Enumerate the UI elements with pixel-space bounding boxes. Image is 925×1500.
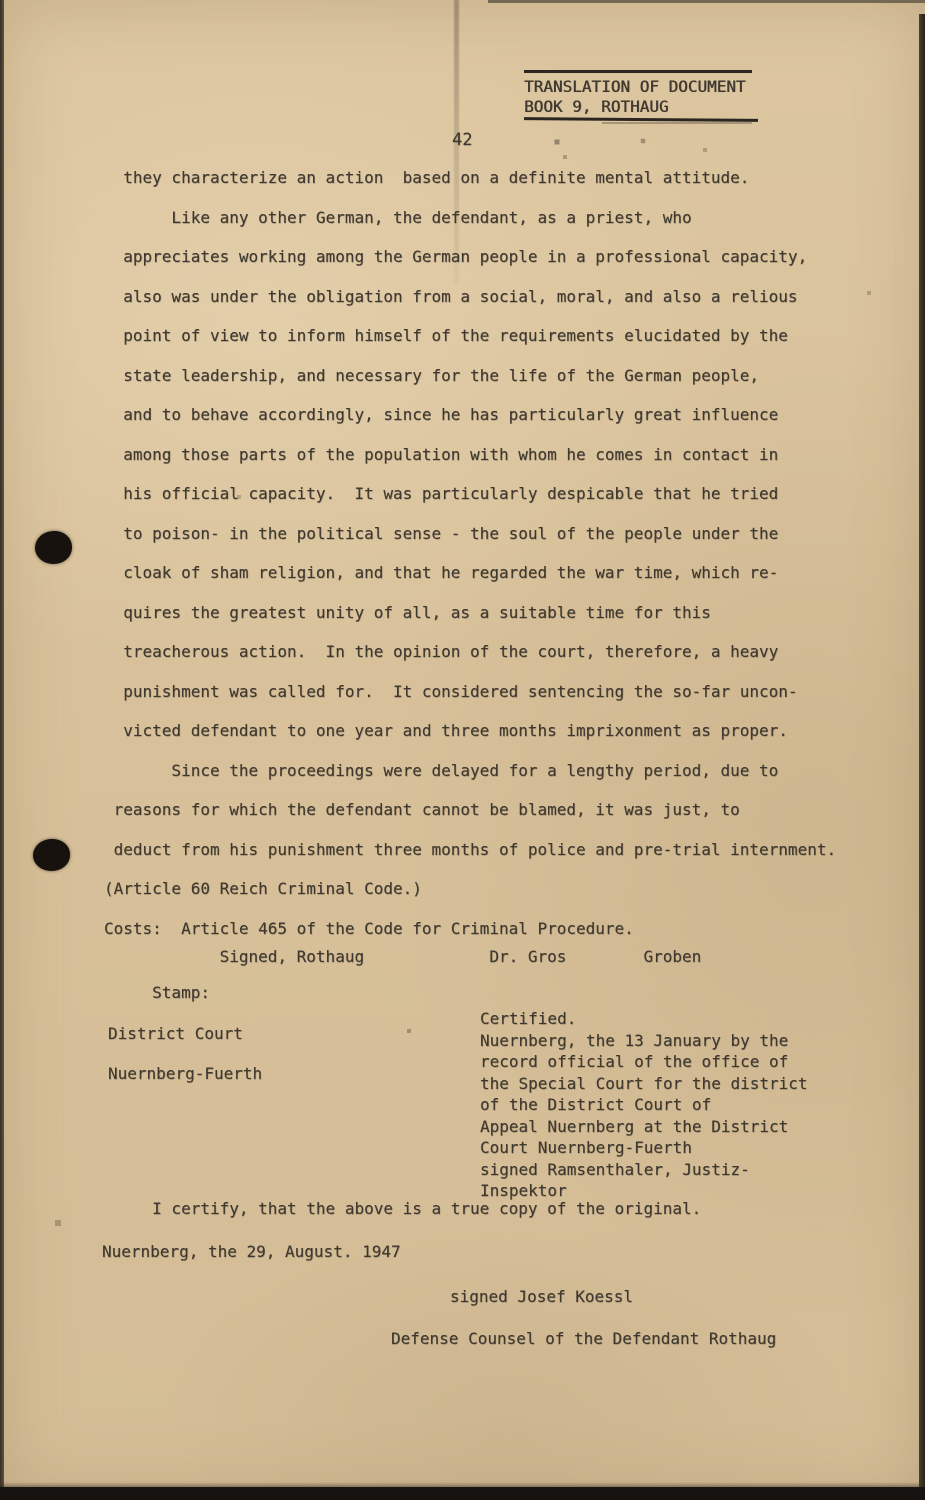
- toner-specks: [0, 0, 2, 2]
- signed-by-line: signed Josef Koessl: [450, 1284, 633, 1310]
- typed-line: Costs: Article 465 of the Code for Crimi…: [104, 909, 894, 949]
- header-rule-ghost: [602, 122, 752, 124]
- certification-line: of the District Court of: [480, 1094, 808, 1116]
- typed-line: (Article 60 Reich Criminal Code.): [104, 869, 894, 909]
- typed-line: they characterize an action based on a d…: [104, 158, 894, 198]
- header-line-1: TRANSLATION OF DOCUMENT: [524, 77, 760, 97]
- scan-edge-top: [488, 0, 925, 3]
- typed-line: cloak of sham religion, and that he rega…: [104, 553, 894, 593]
- stamp-court-block: District Court Nuernberg-Fuerth: [108, 1014, 262, 1094]
- typed-line: victed defendant to one year and three m…: [104, 711, 894, 751]
- certification-block: Certified. Nuernberg, the 13 January by …: [480, 1008, 808, 1202]
- typed-line: punishment was called for. It considered…: [104, 672, 894, 712]
- scanned-document-page: TRANSLATION OF DOCUMENT BOOK 9, ROTHAUG …: [0, 0, 925, 1500]
- certification-line: Certified.: [480, 1008, 808, 1030]
- scan-edge-bottom: [0, 1487, 925, 1500]
- header-line-2: BOOK 9, ROTHAUG: [524, 97, 760, 117]
- page-number: 42: [452, 130, 472, 150]
- typed-line: deduct from his punishment three months …: [104, 830, 894, 870]
- place-date-line: Nuernberg, the 29, August. 1947: [102, 1239, 401, 1265]
- typed-line: and to behave accordingly, since he has …: [104, 395, 894, 435]
- certification-line: the Special Court for the district: [480, 1073, 808, 1095]
- document-body: they characterize an action based on a d…: [104, 158, 894, 948]
- typed-line: also was under the obligation from a soc…: [104, 277, 894, 317]
- punch-hole-top: [35, 531, 72, 564]
- certification-line: Appeal Nuernberg at the District: [480, 1116, 808, 1138]
- stamp-court-line: Nuernberg-Fuerth: [108, 1054, 262, 1094]
- header-rule-top: [524, 70, 752, 73]
- typed-line: treacherous action. In the opinion of th…: [104, 632, 894, 672]
- typed-line: state leadership, and necessary for the …: [104, 356, 894, 396]
- certify-statement: I certify, that the above is a true copy…: [104, 1196, 701, 1222]
- typed-line: among those parts of the population with…: [104, 435, 894, 475]
- stamp-label: Stamp:: [104, 980, 210, 1006]
- typed-line: quires the greatest unity of all, as a s…: [104, 593, 894, 633]
- typed-line: point of view to inform himself of the r…: [104, 316, 894, 356]
- certification-line: record official of the office of: [480, 1051, 808, 1073]
- certification-line: Nuernberg, the 13 January by the: [480, 1030, 808, 1052]
- header-stamp: TRANSLATION OF DOCUMENT BOOK 9, ROTHAUG: [524, 70, 760, 121]
- signer-role-line: Defense Counsel of the Defendant Rothaug: [391, 1326, 776, 1352]
- typed-line: reasons for which the defendant cannot b…: [104, 790, 894, 830]
- typed-line: appreciates working among the German peo…: [104, 237, 894, 277]
- typed-line: Since the proceedings were delayed for a…: [104, 751, 894, 791]
- certification-line: Court Nuernberg-Fuerth: [480, 1137, 808, 1159]
- stamp-court-line: District Court: [108, 1014, 262, 1054]
- typed-line: Like any other German, the defendant, as…: [104, 198, 894, 238]
- typed-line: to poison- in the political sense - the …: [104, 514, 894, 554]
- scan-edge-right: [919, 14, 925, 1500]
- scan-edge-left: [0, 0, 4, 1500]
- certification-line: signed Ramsenthaler, Justiz-: [480, 1159, 808, 1181]
- punch-hole-bottom: [33, 839, 70, 871]
- typed-line: his official capacity. It was particular…: [104, 474, 894, 514]
- signatures-line: Signed, Rothaug Dr. Gros Groben: [104, 944, 701, 970]
